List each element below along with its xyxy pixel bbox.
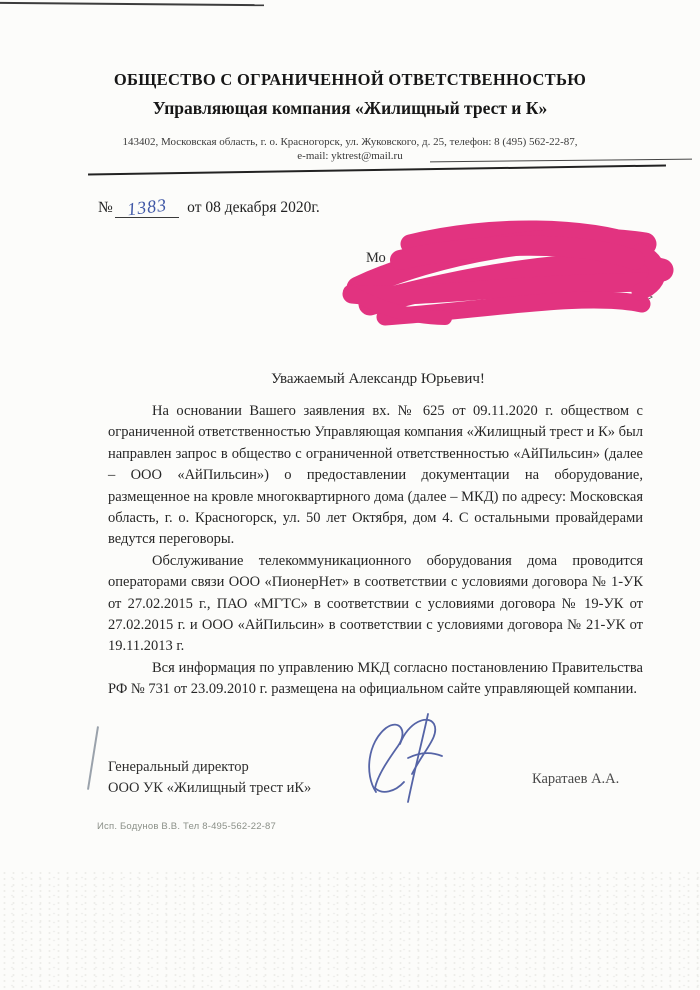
signer-title-line1: Генеральный директор [108, 757, 311, 778]
org-name-line2: Управляющая компания «Жилищный трест и К… [0, 98, 700, 119]
letterhead: ОБЩЕСТВО С ОГРАНИЧЕННОЙ ОТВЕТСТВЕННОСТЬЮ… [0, 70, 700, 163]
reference-date: от 08 декабря 2020г. [187, 199, 320, 216]
letter-body: На основании Вашего заявления вх. № 625 … [108, 401, 643, 701]
signature-ink [348, 712, 468, 807]
scanned-letter-page: ОБЩЕСТВО С ОГРАНИЧЕННОЙ ОТВЕТСТВЕННОСТЬЮ… [0, 0, 700, 990]
scan-artifact-line [0, 2, 264, 6]
org-address-line1: 143402, Московская область, г. о. Красно… [0, 135, 700, 149]
org-name-line1: ОБЩЕСТВО С ОГРАНИЧЕННОЙ ОТВЕТСТВЕННОСТЬЮ [0, 70, 700, 90]
letterhead-divider [88, 164, 666, 175]
paragraph-1: На основании Вашего заявления вх. № 625 … [108, 401, 643, 551]
paragraph-2: Обслуживание телекоммуникационного обору… [108, 551, 643, 658]
redaction-scribble [340, 220, 685, 330]
executor-note: Исп. Бодунов В.В. Тел 8-495-562-22-87 [97, 821, 276, 832]
reference-number-prefix: № [98, 199, 113, 216]
reference-line: №1383 от 08 декабря 2020г. [98, 196, 320, 218]
signer-name: Каратаев А.А. [532, 771, 619, 788]
reference-number-underline: 1383 [115, 196, 179, 218]
reference-number-handwritten: 1383 [126, 195, 168, 221]
scan-noise-texture [0, 870, 700, 990]
signer-title: Генеральный директор ООО УК «Жилищный тр… [108, 757, 311, 799]
salutation: Уважаемый Александр Юрьевич! [108, 371, 648, 388]
signer-title-line2: ООО УК «Жилищный трест иК» [108, 778, 311, 799]
stray-pen-mark [87, 726, 99, 789]
recipient-block-redacted: Мо орск, – С м> [340, 220, 685, 330]
paragraph-3: Вся информация по управлению МКД согласн… [108, 658, 643, 701]
